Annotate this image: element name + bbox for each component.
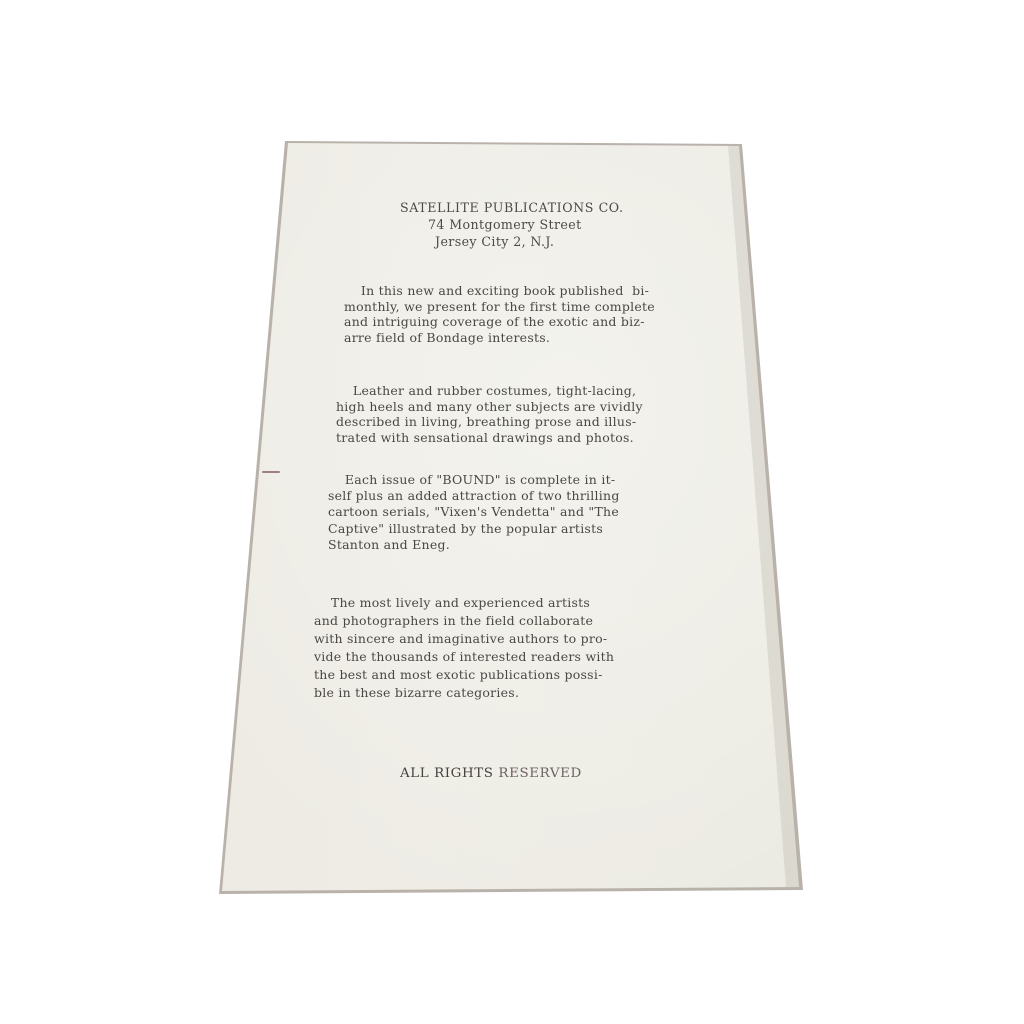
- paragraph-line: described in living, breathing prose and…: [336, 414, 643, 430]
- paragraph-line: In this new and exciting book published …: [344, 283, 655, 299]
- staple-mark: [262, 471, 280, 473]
- paragraph-line: monthly, we present for the first time c…: [344, 299, 655, 315]
- paragraph-line: high heels and many other subjects are v…: [336, 399, 643, 415]
- paragraph-line: the best and most exotic publications po…: [314, 666, 614, 684]
- paragraph-line: Stanton and Eneg.: [328, 537, 620, 553]
- paragraph-artists: The most lively and experienced artists …: [314, 594, 614, 702]
- paragraph-line: Each issue of "BOUND" is complete in it-: [328, 472, 620, 488]
- publisher-street: 74 Montgomery Street: [428, 217, 582, 232]
- paragraph-subjects: Leather and rubber costumes, tight-lacin…: [336, 383, 643, 445]
- paragraph-line: trated with sensational drawings and pho…: [336, 430, 643, 446]
- paragraph-line: The most lively and experienced artists: [314, 594, 614, 612]
- paragraph-line: vide the thousands of interested readers…: [314, 648, 614, 666]
- publisher-city: Jersey City 2, N.J.: [435, 234, 554, 249]
- publisher-name: SATELLITE PUBLICATIONS CO.: [400, 200, 624, 215]
- paragraph-line: with sincere and imaginative authors to …: [314, 630, 614, 648]
- paragraph-line: and intriguing coverage of the exotic an…: [344, 314, 655, 330]
- paragraph-line: Captive" illustrated by the popular arti…: [328, 521, 620, 537]
- rights-notice: ALL RIGHTS RESERVED: [400, 766, 582, 781]
- paragraph-line: arre field of Bondage interests.: [344, 330, 655, 346]
- rights-tail: RESERVED: [498, 766, 581, 781]
- paragraph-line: Leather and rubber costumes, tight-lacin…: [336, 383, 643, 399]
- paragraph-issue: Each issue of "BOUND" is complete in it-…: [328, 472, 620, 553]
- paragraph-line: ble in these bizarre categories.: [314, 684, 614, 702]
- paragraph-line: cartoon serials, "Vixen's Vendetta" and …: [328, 504, 620, 520]
- paragraph-line: self plus an added attraction of two thr…: [328, 488, 620, 504]
- paragraph-line: and photographers in the field collabora…: [314, 612, 614, 630]
- photo-stage: SATELLITE PUBLICATIONS CO. 74 Montgomery…: [0, 0, 1024, 1024]
- rights-head: ALL RIGHTS: [400, 766, 498, 781]
- paragraph-intro: In this new and exciting book published …: [344, 283, 655, 345]
